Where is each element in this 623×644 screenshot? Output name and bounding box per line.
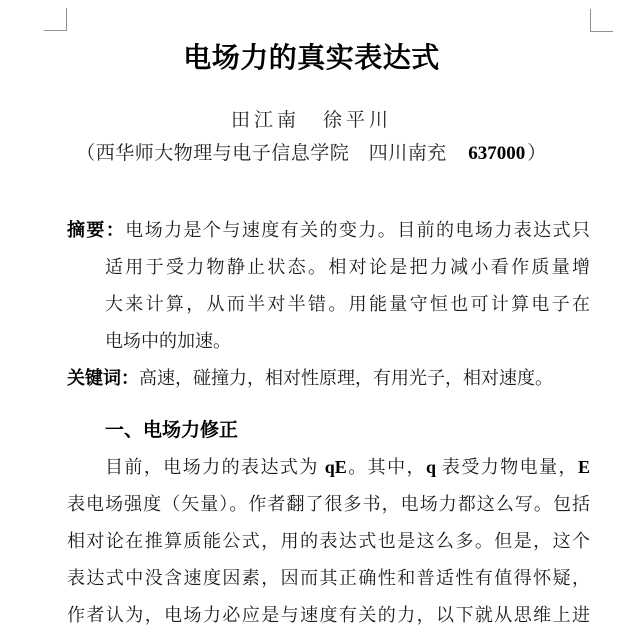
abstract-line: 大来计算，从而半对半错。用能量守恒也可计算电子在 (105, 286, 590, 323)
body-text-line: 表电场强度（矢量）。作者翻了很多书，电场力都这么写。包括 (67, 486, 590, 523)
text-boundary-mark-top-left (44, 8, 67, 31)
affiliation-suffix: ） (527, 143, 547, 164)
affiliation-prefix: （西华师大物理与电子信息学院 四川南充 (76, 143, 466, 164)
body-text-line: 表达式中没含速度因素，因而其正确性和普适性有值得怀疑， (67, 560, 590, 597)
keywords-line: 关键词：高速，碰撞力，相对性原理，有用光子，相对速度。 (67, 360, 590, 397)
body-text-line: 作者认为，电场力必应是与速度有关的力，以下就从思维上进 (67, 597, 590, 634)
affiliation-line: （西华师大物理与电子信息学院 四川南充 637000） (0, 141, 623, 167)
abstract-label: 摘要： (67, 220, 125, 240)
body-text-segment: 表受力物电量， (436, 457, 578, 477)
bold-symbol: q (426, 457, 436, 477)
abstract-line: 电场中的加速。 (105, 323, 590, 360)
abstract-line: 摘要：电场力是个与速度有关的变力。目前的电场力表达式只 (67, 212, 590, 249)
body-text-segment: 表电场强度（矢量）。作者翻了很多书，电场力都这么写。包括 (67, 494, 590, 514)
document-page: 电场力的真实表达式 田江南 徐平川 （西华师大物理与电子信息学院 四川南充 63… (0, 0, 623, 644)
postal-code: 637000 (466, 143, 527, 164)
body-text-segment: 目前，电场力的表达式为 (105, 457, 325, 477)
main-text-column: 摘要：电场力是个与速度有关的变力。目前的电场力表达式只适用于受力物静止状态。相对… (67, 212, 590, 634)
abstract-line: 适用于受力物静止状态。相对论是把力减小看作质量增 (105, 249, 590, 286)
body-text-segment: 相对论在推算质能公式，用的表达式也是这么多。但是，这个 (67, 531, 590, 551)
body-text-line: 相对论在推算质能公式，用的表达式也是这么多。但是，这个 (67, 523, 590, 560)
body-text-line: 目前，电场力的表达式为 qE。其中，q 表受力物电量，E (67, 449, 590, 486)
keywords-label: 关键词： (67, 368, 139, 388)
body-text-segment: 。其中， (347, 457, 426, 477)
bold-symbol: E (578, 457, 590, 477)
body-text-segment: 表达式中没含速度因素，因而其正确性和普适性有值得怀疑， (67, 568, 590, 588)
section-heading: 一、电场力修正 (105, 412, 590, 449)
text-boundary-mark-top-right (590, 9, 613, 32)
body-text-segment: 作者认为，电场力必应是与速度有关的力，以下就从思维上进 (67, 605, 590, 625)
keywords-text: 高速，碰撞力，相对性原理，有用光子，相对速度。 (139, 368, 553, 388)
authors-line: 田江南 徐平川 (0, 108, 623, 134)
bold-symbol: qE (325, 457, 347, 477)
document-title: 电场力的真实表达式 (0, 38, 623, 78)
body-paragraph: 目前，电场力的表达式为 qE。其中，q 表受力物电量，E表电场强度（矢量）。作者… (67, 449, 590, 634)
abstract-block: 摘要：电场力是个与速度有关的变力。目前的电场力表达式只适用于受力物静止状态。相对… (67, 212, 590, 360)
